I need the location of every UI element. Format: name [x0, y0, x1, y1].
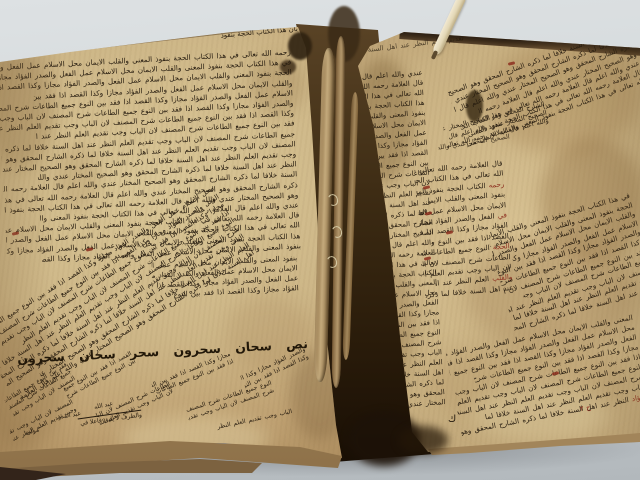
- page-edge-shadow: [398, 426, 448, 454]
- photo-open-manuscript: رحمه الله تعالى في هذا الكتاب الحجة بنفو…: [0, 0, 640, 480]
- torn-dark-fragment: [288, 32, 312, 60]
